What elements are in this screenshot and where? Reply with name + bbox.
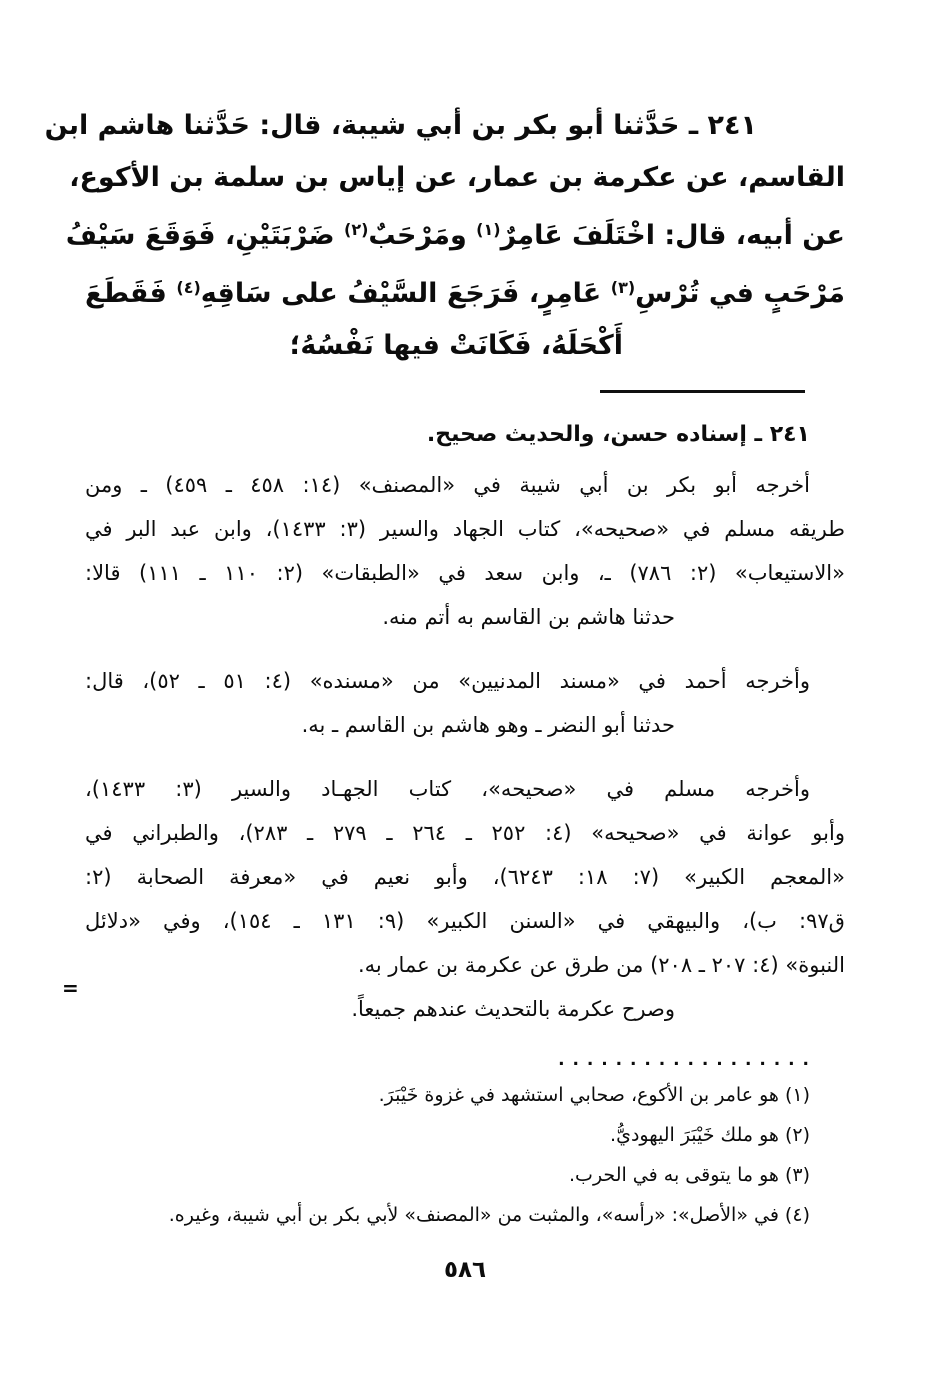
- footnote-item: (٤) في «الأصل»: «رأسه»، والمثبت من «المص…: [85, 1195, 845, 1235]
- hadith-line-text: مَرْحَبٍ في تُرْسِ: [635, 278, 845, 309]
- hadith-line-text: القاسم، عن عكرمة بن عمار، عن إياس بن سلم…: [69, 162, 845, 193]
- commentary-line: «الاستيعاب» (٢: ٧٨٦) ـ، وابن سعد في «الط…: [85, 551, 845, 595]
- commentary-line: وأخرجه أحمد في «مسند المدنيين» من «مسنده…: [85, 659, 845, 703]
- hadith-line: القاسم، عن عكرمة بن عمار، عن إياس بن سلم…: [85, 152, 845, 204]
- hadith-line-text: فَقَطَعَ: [85, 278, 176, 309]
- footnotes-section: . . . . . . . . . . . . . . . . . . (١) …: [85, 1045, 845, 1235]
- commentary-line: ق٩٧: ب)، والبيهقي في «السنن الكبير» (٩: …: [85, 899, 845, 943]
- footnote-item: (٣) هو ما يتوقى به في الحرب.: [85, 1155, 845, 1195]
- hadith-line: مَرْحَبٍ في تُرْسِ(٣) عَامِرٍ، فَرَجَعَ …: [85, 262, 845, 320]
- hadith-line: أَكْحَلَهُ، فَكَانَتْ فيها نَفْسُهُ؛: [85, 320, 845, 372]
- isnad-verdict-line: ٢٤١ ـ إسناده حسن، والحديث صحيح.: [85, 413, 845, 457]
- hadith-line-text: أَكْحَلَهُ، فَكَانَتْ فيها نَفْسُهُ؛: [290, 330, 623, 361]
- hadith-line-text: ومَرْحَبٌ: [368, 220, 476, 251]
- hadith-line: عن أبيه، قال: اخْتَلَفَ عَامِرٌ(١) ومَرْ…: [85, 204, 845, 262]
- takhrij-paragraph: وأخرجه مسلم في «صحيحه»، كتاب الجهـاد وال…: [85, 767, 845, 1031]
- commentary-line: وصرح عكرمة بالتحديث عندهم جميعاً.: [85, 987, 845, 1031]
- commentary-line: وأخرجه مسلم في «صحيحه»، كتاب الجهـاد وال…: [85, 767, 845, 811]
- footnotes-dotted-divider: . . . . . . . . . . . . . . . . . .: [85, 1045, 845, 1075]
- footnote-item: (٢) هو ملك خَيْبَرَ اليهوديُّ.: [85, 1115, 845, 1155]
- matn-commentary-separator-line: [600, 390, 805, 393]
- footnote-ref: (٤): [176, 278, 200, 297]
- commentary-line: حدثنا هاشم بن القاسم به أتم منه.: [85, 595, 845, 639]
- footnote-item: (١) هو عامر بن الأكوع، صحابي استشهد في غ…: [85, 1075, 845, 1115]
- hadith-line-text: عن أبيه، قال: اخْتَلَفَ عَامِرٌ: [501, 220, 845, 251]
- hadith-line-text: عَامِرٍ، فَرَجَعَ السَّيْفُ على سَاقِهِ: [201, 278, 611, 309]
- takhrij-paragraphs: أخرجه أبو بكر بن أبي شيبة في «المصنف» (١…: [85, 463, 845, 1031]
- commentary-line: «المعجم الكبير» (٧: ١٨: ٦٢٤٣)، وأبو نعيم…: [85, 855, 845, 899]
- takhrij-paragraph: أخرجه أبو بكر بن أبي شيبة في «المصنف» (١…: [85, 463, 845, 639]
- footnote-items: (١) هو عامر بن الأكوع، صحابي استشهد في غ…: [85, 1075, 845, 1235]
- takhrij-paragraph: وأخرجه أحمد في «مسند المدنيين» من «مسنده…: [85, 659, 845, 747]
- commentary-line: أخرجه أبو بكر بن أبي شيبة في «المصنف» (١…: [85, 463, 845, 507]
- footnote-ref: (٣): [611, 278, 635, 297]
- commentary-line: حدثنا أبو النضر ـ وهو هاشم بن القاسم ـ ب…: [85, 703, 845, 747]
- hadith-line-text: ٢٤١ ـ حَدَّثنا أبو بكر بن أبي شيبة، قال:…: [45, 110, 757, 141]
- footnote-ref: (٢): [344, 220, 368, 239]
- commentary-line: وأبو عوانة في «صحيحه» (٤: ٢٥٢ ـ ٢٦٤ ـ ٢٧…: [85, 811, 845, 855]
- commentary-line: طريقه مسلم في «صحيحه»، كتاب الجهاد والسي…: [85, 507, 845, 551]
- commentary-section: ٢٤١ ـ إسناده حسن، والحديث صحيح. أخرجه أب…: [85, 413, 845, 1031]
- hadith-line: ٢٤١ ـ حَدَّثنا أبو بكر بن أبي شيبة، قال:…: [85, 100, 845, 152]
- hadith-text: ٢٤١ ـ حَدَّثنا أبو بكر بن أبي شيبة، قال:…: [85, 100, 845, 372]
- page-number: ٥٨٦: [85, 1257, 845, 1283]
- footnote-continuation-mark: =: [62, 976, 79, 1000]
- book-page: ٢٤١ ـ حَدَّثنا أبو بكر بن أبي شيبة، قال:…: [85, 0, 845, 1283]
- footnote-ref: (١): [476, 220, 500, 239]
- hadith-line-text: ضَرْبَتَيْنِ، فَوَقَعَ سَيْفُ: [66, 220, 344, 251]
- commentary-line: النبوة» (٤: ٢٠٧ ـ ٢٠٨) من طرق عن عكرمة ب…: [85, 943, 845, 987]
